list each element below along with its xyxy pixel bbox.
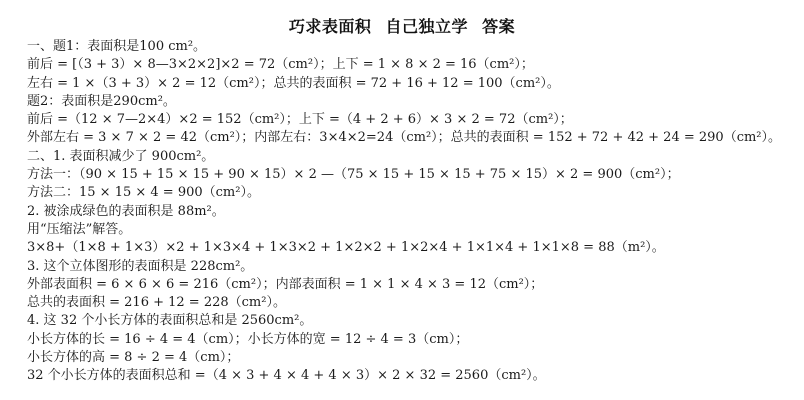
answer-line: 32 个小长方体的表面积总和 =（4 × 3 + 4 × 4 + 4 × 3）×… (27, 367, 796, 385)
answer-line-2-3-heading: 3. 这个立体图形的表面积是 228cm²。 (27, 258, 796, 276)
answer-line-1-1-heading: 一、题1：表面积是100 cm²。 (27, 38, 796, 56)
answer-line: 外部左右 = 3 × 7 × 2 = 42（cm²）；内部左右：3×4×2=24… (27, 129, 796, 147)
title-part-section: 自己独立学 (385, 17, 468, 36)
page-title: 巧求表面积 自己独立学 答案 (0, 14, 804, 37)
answer-line-method-2: 方法二：15 × 15 × 4 = 900（cm²）。 (27, 184, 796, 202)
answer-line-method-1: 方法一：（90 × 15 + 15 × 15 + 90 × 15）× 2 —（7… (27, 166, 796, 184)
answer-line: 前后 = [（3 + 3）× 8—3×2×2]×2 = 72（cm²）；上下 =… (27, 56, 796, 74)
title-part-topic: 巧求表面积 (289, 17, 372, 36)
title-part-answers: 答案 (482, 17, 515, 36)
answer-line-2-4-heading: 4. 这 32 个小长方体的表面积总和是 2560cm²。 (27, 312, 796, 330)
answer-line: 用“压缩法”解答。 (27, 221, 796, 239)
answer-line: 3×8+（1×8 + 1×3）×2 + 1×3×4 + 1×3×2 + 1×2×… (27, 239, 796, 257)
answer-line: 小长方体的高 = 8 ÷ 2 = 4（cm）； (27, 349, 796, 367)
answer-body: 一、题1：表面积是100 cm²。 前后 = [（3 + 3）× 8—3×2×2… (27, 38, 796, 386)
answer-line: 外部表面积 = 6 × 6 × 6 = 216（cm²）；内部表面积 = 1 ×… (27, 276, 796, 294)
answer-line-1-2-heading: 题2：表面积是290cm²。 (27, 93, 796, 111)
answer-line-2-2-heading: 2. 被涂成绿色的表面积是 88m²。 (27, 203, 796, 221)
answer-line: 左右 = 1 ×（3 + 3）× 2 = 12（cm²）；总共的表面积 = 72… (27, 75, 796, 93)
answer-line: 小长方体的长 = 16 ÷ 4 = 4（cm）；小长方体的宽 = 12 ÷ 4 … (27, 331, 796, 349)
answer-line: 前后 =（12 × 7—2×4）×2 = 152（cm²）；上下 =（4 + 2… (27, 111, 796, 129)
answer-line: 总共的表面积 = 216 + 12 = 228（cm²）。 (27, 294, 796, 312)
answer-line-2-1-heading: 二、1. 表面积减少了 900cm²。 (27, 148, 796, 166)
